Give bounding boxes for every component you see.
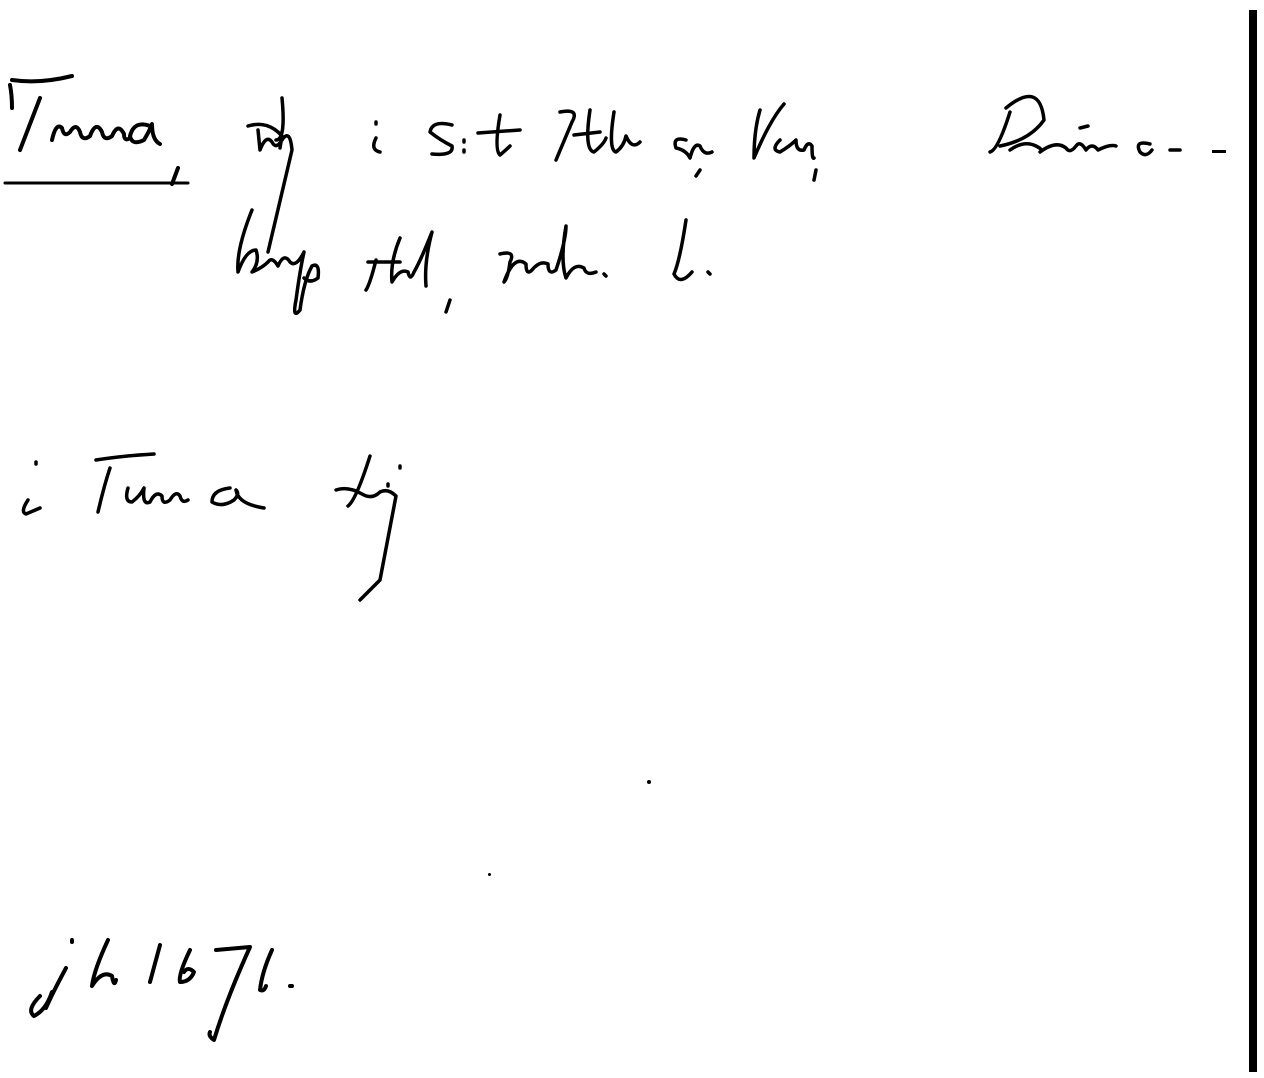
index-card: Tuna, by i S:t Olofs sn, Ven, Romme- ber…: [0, 0, 1264, 1078]
paper-speck: [488, 873, 491, 876]
handwriting-line-1: [248, 96, 1180, 252]
handwriting-line-2: [238, 210, 710, 313]
card-scan-edge: [1249, 10, 1257, 1072]
handwriting: [0, 0, 1264, 1078]
edge-mark: [1212, 150, 1226, 153]
handwriting-headword: [5, 76, 188, 184]
handwriting-citation: [23, 454, 400, 600]
paper-speck: [647, 780, 651, 784]
handwriting-reference: [31, 940, 292, 1040]
